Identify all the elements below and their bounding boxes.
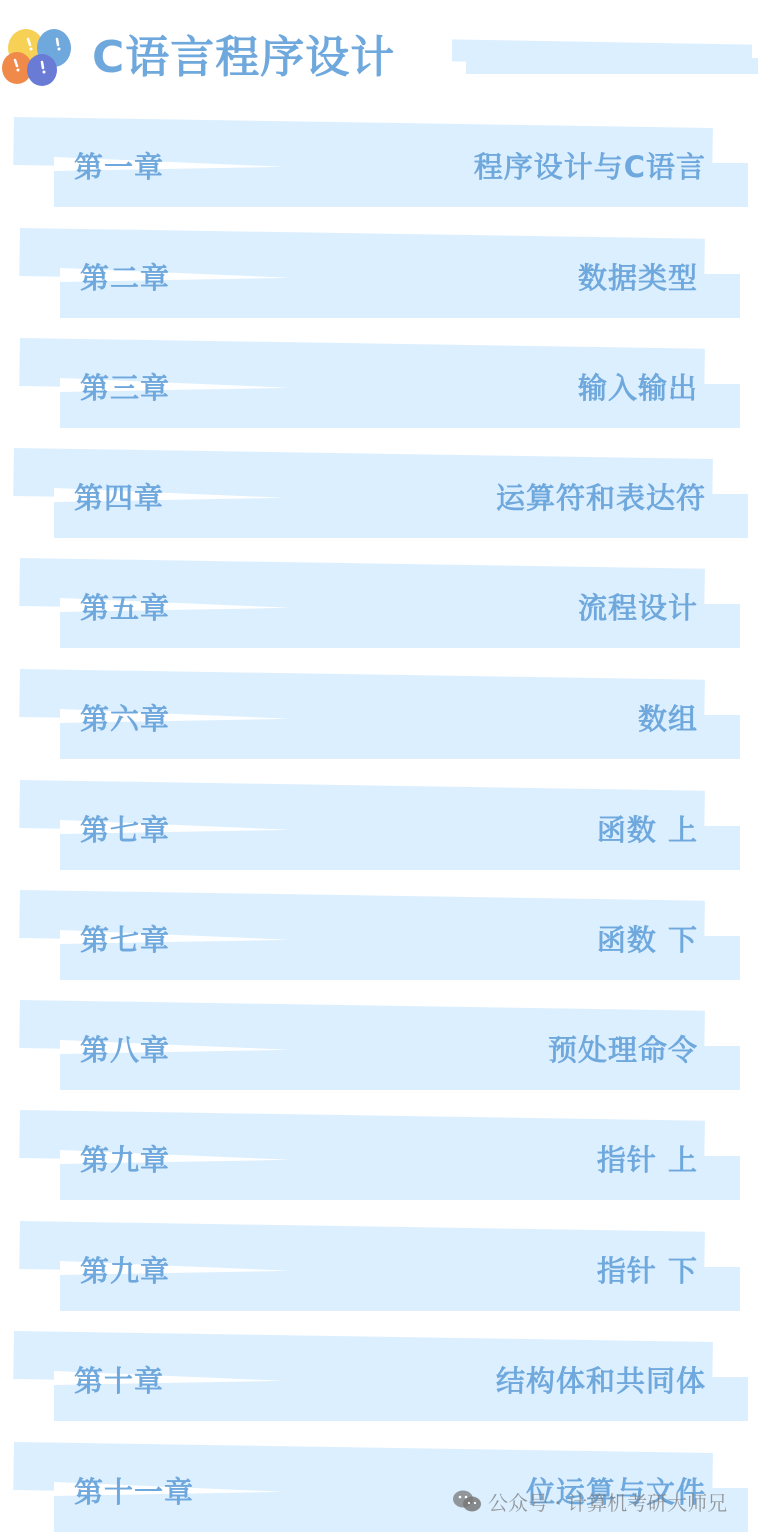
chapter-topic: 运算符和表达符 (496, 478, 706, 518)
chapter-topic: 预处理命令 (548, 1030, 698, 1070)
chapter-topic: 指针 下 (597, 1251, 698, 1291)
chapter-topic: 程序设计与C语言 (474, 147, 706, 187)
chapter-topic: 指针 上 (597, 1140, 698, 1180)
chapter-topic: 输入输出 (578, 368, 698, 408)
chapter-number: 第七章 (80, 810, 170, 850)
chapter-number: 第一章 (74, 147, 164, 187)
chapter-row: 第七章函数 下 (0, 890, 760, 986)
chapter-number: 第二章 (80, 258, 170, 298)
chapter-topic: 数据类型 (578, 258, 698, 298)
chapter-row: 第七章函数 上 (0, 780, 760, 876)
chapter-topic: 结构体和共同体 (496, 1361, 706, 1401)
chapter-number: 第九章 (80, 1251, 170, 1291)
chapter-row: 第九章指针 上 (0, 1110, 760, 1206)
wechat-icon (452, 1489, 482, 1513)
chapter-topic: 数组 (638, 699, 698, 739)
chapter-row: 第二章数据类型 (0, 228, 760, 324)
page-title: C语言程序设计 (92, 30, 395, 86)
chapter-number: 第七章 (80, 920, 170, 960)
chapter-number: 第九章 (80, 1140, 170, 1180)
chapter-number: 第六章 (80, 699, 170, 739)
chapter-number: 第十一章 (74, 1472, 194, 1512)
watermark: 公众号 · 计算机考研大师兄 (452, 1486, 727, 1516)
chapter-number: 第八章 (80, 1030, 170, 1070)
chapter-row: 第八章预处理命令 (0, 1000, 760, 1096)
watermark-text: 公众号 · 计算机考研大师兄 (488, 1487, 727, 1516)
chapter-row: 第四章运算符和表达符 (0, 448, 760, 544)
chapter-number: 第四章 (74, 478, 164, 518)
chapter-row: 第一章程序设计与C语言 (0, 117, 760, 213)
balloons-icon (0, 26, 76, 88)
chapter-topic: 流程设计 (578, 588, 698, 628)
chapter-row: 第五章流程设计 (0, 558, 760, 654)
chapter-row: 第三章输入输出 (0, 338, 760, 434)
chapter-row: 第十章结构体和共同体 (0, 1331, 760, 1427)
chapter-number: 第十章 (74, 1361, 164, 1401)
header: C语言程序设计 (0, 0, 760, 105)
chapter-topic: 函数 上 (597, 810, 698, 850)
chapter-row: 第九章指针 下 (0, 1221, 760, 1317)
chapter-row: 第六章数组 (0, 669, 760, 765)
chapter-topic: 函数 下 (597, 920, 698, 960)
chapter-number: 第三章 (80, 368, 170, 408)
title-brush-stroke (466, 58, 758, 74)
chapter-number: 第五章 (80, 588, 170, 628)
